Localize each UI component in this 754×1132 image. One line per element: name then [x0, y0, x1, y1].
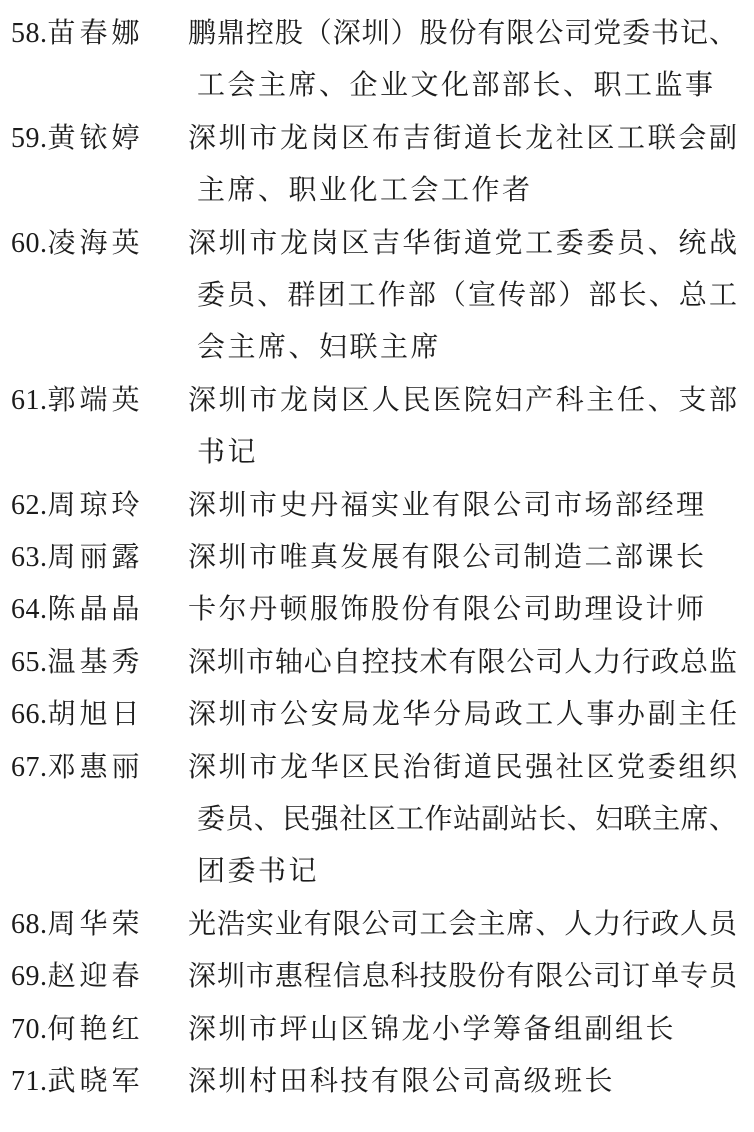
- list-item: 70.何艳红 深圳市坪山区锦龙小学筹备组副组长: [11, 1004, 743, 1056]
- entry-position: 深圳市龙岗区布吉街道长龙社区工联会副主席、职业化工会工作者: [188, 113, 737, 218]
- entry-number: 62.: [11, 490, 48, 521]
- list-item: 64.陈晶晶 卡尔丹顿服饰股份有限公司助理设计师: [11, 584, 743, 636]
- entry-label: 59.黄铱婷: [11, 113, 188, 165]
- position-line: 深圳市龙岗区吉华街道党工委委员、统战: [188, 218, 737, 270]
- list-item: 63.周丽露 深圳市唯真发展有限公司制造二部课长: [11, 532, 743, 584]
- position-line: 深圳村田科技有限公司高级班长: [188, 1056, 737, 1108]
- entry-label: 67.邓惠丽: [11, 742, 188, 794]
- entry-number: 61.: [11, 385, 48, 416]
- list-item: 60.凌海英 深圳市龙岗区吉华街道党工委委员、统战委员、群团工作部（宣传部）部长…: [11, 218, 743, 375]
- entry-name: 周琼玲: [48, 490, 144, 521]
- list-item: 68.周华荣 光浩实业有限公司工会主席、人力行政人员: [11, 899, 743, 951]
- entry-position: 光浩实业有限公司工会主席、人力行政人员: [188, 899, 737, 951]
- entry-number: 66.: [11, 699, 48, 730]
- entry-number: 58.: [11, 18, 48, 49]
- entry-number: 60.: [11, 228, 48, 259]
- entry-position: 深圳市龙华区民治街道民强社区党委组织委员、民强社区工作站副站长、妇联主席、团委书…: [188, 742, 737, 899]
- entry-label: 65.温基秀: [11, 637, 188, 689]
- entry-name: 胡旭日: [48, 699, 144, 730]
- position-line: 深圳市唯真发展有限公司制造二部课长: [188, 532, 737, 584]
- entry-label: 71.武晓军: [11, 1056, 188, 1108]
- list-item: 58.苗春娜 鹏鼎控股（深圳）股份有限公司党委书记、工会主席、企业文化部部长、职…: [11, 8, 743, 113]
- list-item: 62.周琼玲 深圳市史丹福实业有限公司市场部经理: [11, 480, 743, 532]
- list-item: 59.黄铱婷 深圳市龙岗区布吉街道长龙社区工联会副主席、职业化工会工作者: [11, 113, 743, 218]
- entry-number: 70.: [11, 1014, 48, 1045]
- list-item: 65.温基秀 深圳市轴心自控技术有限公司人力行政总监: [11, 637, 743, 689]
- entry-label: 60.凌海英: [11, 218, 188, 270]
- position-line: 深圳市史丹福实业有限公司市场部经理: [188, 480, 737, 532]
- position-line: 深圳市龙岗区布吉街道长龙社区工联会副: [188, 113, 737, 165]
- entry-position: 鹏鼎控股（深圳）股份有限公司党委书记、工会主席、企业文化部部长、职工监事: [188, 8, 737, 113]
- entry-name: 何艳红: [48, 1014, 144, 1045]
- position-line: 鹏鼎控股（深圳）股份有限公司党委书记、: [188, 8, 737, 60]
- entry-position: 深圳市龙岗区人民医院妇产科主任、支部书记: [188, 375, 737, 480]
- position-line: 深圳市惠程信息科技股份有限公司订单专员: [188, 951, 737, 1003]
- entry-label: 64.陈晶晶: [11, 584, 188, 636]
- entry-number: 63.: [11, 542, 48, 573]
- position-line: 委员、民强社区工作站副站长、妇联主席、: [188, 794, 737, 846]
- entry-name: 凌海英: [48, 228, 144, 259]
- entry-position: 深圳市唯真发展有限公司制造二部课长: [188, 532, 737, 584]
- entry-label: 62.周琼玲: [11, 480, 188, 532]
- position-line: 主席、职业化工会工作者: [188, 165, 737, 217]
- entry-name: 武晓军: [48, 1066, 144, 1097]
- position-line: 深圳市龙岗区人民医院妇产科主任、支部: [188, 375, 737, 427]
- entry-label: 68.周华荣: [11, 899, 188, 951]
- position-line: 书记: [188, 427, 737, 479]
- entry-position: 卡尔丹顿服饰股份有限公司助理设计师: [188, 584, 737, 636]
- position-line: 深圳市龙华区民治街道民强社区党委组织: [188, 742, 737, 794]
- entry-name: 郭端英: [48, 385, 144, 416]
- entry-name: 温基秀: [48, 647, 144, 678]
- position-line: 光浩实业有限公司工会主席、人力行政人员: [188, 899, 737, 951]
- list-item: 61.郭端英 深圳市龙岗区人民医院妇产科主任、支部书记: [11, 375, 743, 480]
- entry-name: 黄铱婷: [48, 123, 144, 154]
- entry-number: 65.: [11, 647, 48, 678]
- entry-number: 68.: [11, 909, 48, 940]
- entry-label: 66.胡旭日: [11, 689, 188, 741]
- entry-number: 69.: [11, 961, 48, 992]
- position-line: 卡尔丹顿服饰股份有限公司助理设计师: [188, 584, 737, 636]
- entry-position: 深圳市惠程信息科技股份有限公司订单专员: [188, 951, 737, 1003]
- position-line: 深圳市公安局龙华分局政工人事办副主任: [188, 689, 737, 741]
- entry-label: 63.周丽露: [11, 532, 188, 584]
- position-line: 深圳市轴心自控技术有限公司人力行政总监: [188, 637, 737, 689]
- list-item: 67.邓惠丽 深圳市龙华区民治街道民强社区党委组织委员、民强社区工作站副站长、妇…: [11, 742, 743, 899]
- document-page: 58.苗春娜 鹏鼎控股（深圳）股份有限公司党委书记、工会主席、企业文化部部长、职…: [0, 0, 754, 1132]
- entry-name: 周丽露: [48, 542, 144, 573]
- entry-name: 赵迎春: [48, 961, 144, 992]
- entry-name: 陈晶晶: [48, 594, 144, 625]
- entry-name: 苗春娜: [48, 18, 144, 49]
- entry-position: 深圳村田科技有限公司高级班长: [188, 1056, 737, 1108]
- entry-position: 深圳市史丹福实业有限公司市场部经理: [188, 480, 737, 532]
- position-line: 工会主席、企业文化部部长、职工监事: [188, 60, 737, 112]
- list-item: 71.武晓军 深圳村田科技有限公司高级班长: [11, 1056, 743, 1108]
- position-line: 委员、群团工作部（宣传部）部长、总工: [188, 270, 737, 322]
- entry-name: 邓惠丽: [48, 752, 144, 783]
- position-line: 团委书记: [188, 846, 737, 898]
- entry-name: 周华荣: [48, 909, 144, 940]
- entry-number: 71.: [11, 1066, 48, 1097]
- list-item: 66.胡旭日 深圳市公安局龙华分局政工人事办副主任: [11, 689, 743, 741]
- entry-position: 深圳市龙岗区吉华街道党工委委员、统战委员、群团工作部（宣传部）部长、总工会主席、…: [188, 218, 737, 375]
- honor-list: 58.苗春娜 鹏鼎控股（深圳）股份有限公司党委书记、工会主席、企业文化部部长、职…: [11, 8, 743, 1108]
- entry-label: 69.赵迎春: [11, 951, 188, 1003]
- entry-number: 59.: [11, 123, 48, 154]
- entry-label: 61.郭端英: [11, 375, 188, 427]
- entry-number: 67.: [11, 752, 48, 783]
- position-line: 深圳市坪山区锦龙小学筹备组副组长: [188, 1004, 737, 1056]
- position-line: 会主席、妇联主席: [188, 322, 737, 374]
- entry-number: 64.: [11, 594, 48, 625]
- entry-position: 深圳市轴心自控技术有限公司人力行政总监: [188, 637, 737, 689]
- entry-position: 深圳市公安局龙华分局政工人事办副主任: [188, 689, 737, 741]
- entry-position: 深圳市坪山区锦龙小学筹备组副组长: [188, 1004, 737, 1056]
- entry-label: 70.何艳红: [11, 1004, 188, 1056]
- list-item: 69.赵迎春 深圳市惠程信息科技股份有限公司订单专员: [11, 951, 743, 1003]
- entry-label: 58.苗春娜: [11, 8, 188, 60]
